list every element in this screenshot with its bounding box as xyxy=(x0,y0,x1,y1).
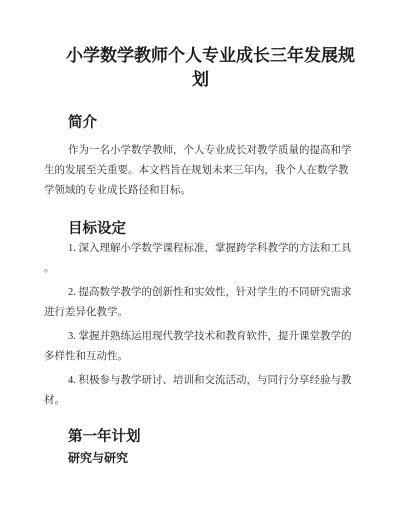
goal-item-3: 3. 掌握并熟练运用现代教学技术和教育软件，提升课堂教学的多样性和互动性。 xyxy=(44,327,357,367)
section-heading-intro: 简介 xyxy=(68,114,357,133)
document-title: 小学数学教师个人专业成长三年发展规划 xyxy=(44,0,357,92)
section-heading-goals: 目标设定 xyxy=(68,220,357,239)
goal-item-2: 2. 提高数学教学的创新性和实效性，针对学生的不同研究需求进行差异化教学。 xyxy=(44,283,357,323)
goal-item-1: 1. 深入理解小学数学课程标准，掌握跨学科教学的方法和工具。 xyxy=(44,239,357,279)
document-page: 小学数学教师个人专业成长三年发展规划 简介 作为一名小学数学教师，个人专业成长对… xyxy=(0,0,400,517)
subsection-heading-research: 研究与研究 xyxy=(68,450,357,466)
section-heading-year1-plan: 第一年计划 xyxy=(68,428,357,447)
intro-paragraph: 作为一名小学数学教师，个人专业成长对教学质量的提高和学生的发展至关重要。本文档旨… xyxy=(44,141,357,201)
goal-item-4: 4. 积极参与教学研讨、培训和交流活动，与同行分享经验与教材。 xyxy=(44,371,357,411)
